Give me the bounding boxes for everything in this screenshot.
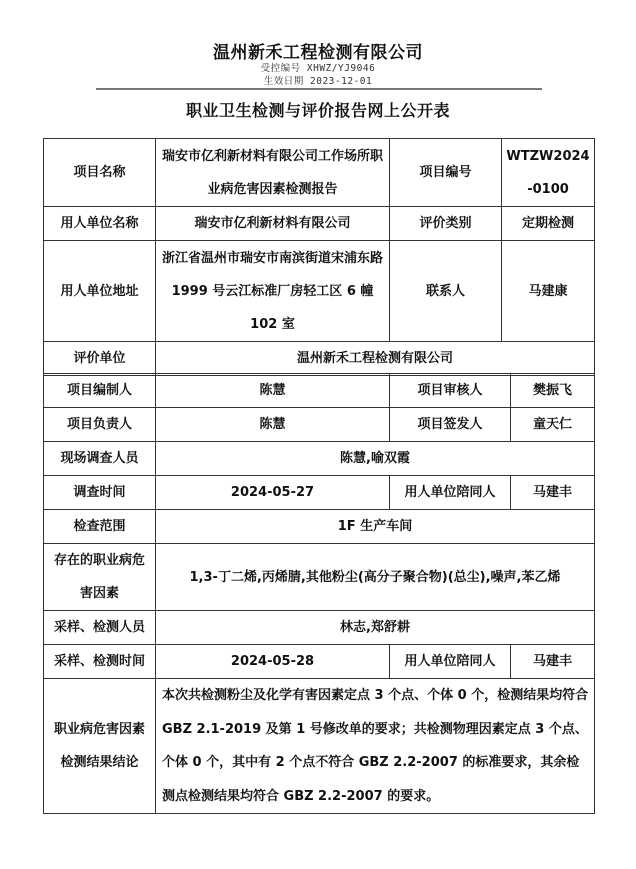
site-investigators-label: 现场调查人员: [44, 442, 156, 476]
row-hazards: 存在的职业病危害因素 1,3-丁二烯,丙烯腈,其他粉尘(高分子聚合物)(总尘),…: [44, 544, 595, 611]
compiler-value: 陈慧: [156, 374, 390, 408]
sampling-staff-label: 采样、检测人员: [44, 611, 156, 645]
conclusion-label: 职业病危害因素检测结果结论: [44, 679, 156, 814]
issuer-label: 项目签发人: [390, 408, 511, 442]
control-number: 受控编号 XHWZ/YJ9046: [0, 60, 636, 74]
sampling-escort-label: 用人单位陪同人: [390, 645, 511, 679]
row-site-investigators: 现场调查人员 陈慧,喻双霞: [44, 442, 595, 476]
employer-address-label: 用人单位地址: [44, 241, 156, 342]
row-conclusion: 职业病危害因素检测结果结论 本次共检测粉尘及化学有害因素定点 3 个点、个体 0…: [44, 679, 595, 814]
row-sampling-staff: 采样、检测人员 林志,郑舒耕: [44, 611, 595, 645]
employer-address-value: 浙江省温州市瑞安市南滨街道宋浦东路 1999 号云江标准厂房轻工区 6 幢 10…: [156, 241, 390, 342]
sampling-staff-value: 林志,郑舒耕: [156, 611, 595, 645]
sampling-escort-value: 马建丰: [511, 645, 595, 679]
eval-unit-value: 温州新禾工程检测有限公司: [156, 342, 595, 376]
row-scope: 检查范围 1F 生产车间: [44, 510, 595, 544]
survey-escort-value: 马建丰: [511, 476, 595, 510]
contact-value: 马建康: [502, 241, 595, 342]
document-title: 职业卫生检测与评价报告网上公开表: [0, 98, 636, 121]
scope-label: 检查范围: [44, 510, 156, 544]
survey-time-label: 调查时间: [44, 476, 156, 510]
hazards-label: 存在的职业病危害因素: [44, 544, 156, 611]
employer-name-label: 用人单位名称: [44, 207, 156, 241]
project-no-label: 项目编号: [390, 139, 502, 207]
survey-escort-label: 用人单位陪同人: [390, 476, 511, 510]
conclusion-value: 本次共检测粉尘及化学有害因素定点 3 个点、个体 0 个，检测结果均符合 GBZ…: [156, 679, 595, 814]
disclosure-table-lower: 项目编制人 陈慧 项目审核人 樊振飞 项目负责人 陈慧 项目签发人 童天仁 现场…: [43, 373, 595, 814]
project-name-value: 瑞安市亿利新材料有限公司工作场所职业病危害因素检测报告: [156, 139, 390, 207]
effective-date: 生效日期 2023-12-01: [0, 73, 636, 87]
sampling-time-label: 采样、检测时间: [44, 645, 156, 679]
contact-label: 联系人: [390, 241, 502, 342]
site-investigators-value: 陈慧,喻双霞: [156, 442, 595, 476]
disclosure-table: 项目名称 瑞安市亿利新材料有限公司工作场所职业病危害因素检测报告 项目编号 WT…: [43, 138, 595, 376]
row-employer-name: 用人单位名称 瑞安市亿利新材料有限公司 评价类别 定期检测: [44, 207, 595, 241]
row-leader: 项目负责人 陈慧 项目签发人 童天仁: [44, 408, 595, 442]
header-divider: [96, 88, 542, 90]
scope-value: 1F 生产车间: [156, 510, 595, 544]
reviewer-label: 项目审核人: [390, 374, 511, 408]
survey-time-value: 2024-05-27: [156, 476, 390, 510]
eval-type-label: 评价类别: [390, 207, 502, 241]
leader-label: 项目负责人: [44, 408, 156, 442]
row-compiler: 项目编制人 陈慧 项目审核人 樊振飞: [44, 374, 595, 408]
leader-value: 陈慧: [156, 408, 390, 442]
reviewer-value: 樊振飞: [511, 374, 595, 408]
row-eval-unit: 评价单位 温州新禾工程检测有限公司: [44, 342, 595, 376]
eval-type-value: 定期检测: [502, 207, 595, 241]
sampling-time-value: 2024-05-28: [156, 645, 390, 679]
hazards-value: 1,3-丁二烯,丙烯腈,其他粉尘(高分子聚合物)(总尘),噪声,苯乙烯: [156, 544, 595, 611]
row-sampling-time: 采样、检测时间 2024-05-28 用人单位陪同人 马建丰: [44, 645, 595, 679]
employer-name-value: 瑞安市亿利新材料有限公司: [156, 207, 390, 241]
row-employer-address: 用人单位地址 浙江省温州市瑞安市南滨街道宋浦东路 1999 号云江标准厂房轻工区…: [44, 241, 595, 342]
project-name-label: 项目名称: [44, 139, 156, 207]
row-project-name: 项目名称 瑞安市亿利新材料有限公司工作场所职业病危害因素检测报告 项目编号 WT…: [44, 139, 595, 207]
issuer-value: 童天仁: [511, 408, 595, 442]
compiler-label: 项目编制人: [44, 374, 156, 408]
eval-unit-label: 评价单位: [44, 342, 156, 376]
project-no-value: WTZW2024-0100: [502, 139, 595, 207]
row-survey-time: 调查时间 2024-05-27 用人单位陪同人 马建丰: [44, 476, 595, 510]
